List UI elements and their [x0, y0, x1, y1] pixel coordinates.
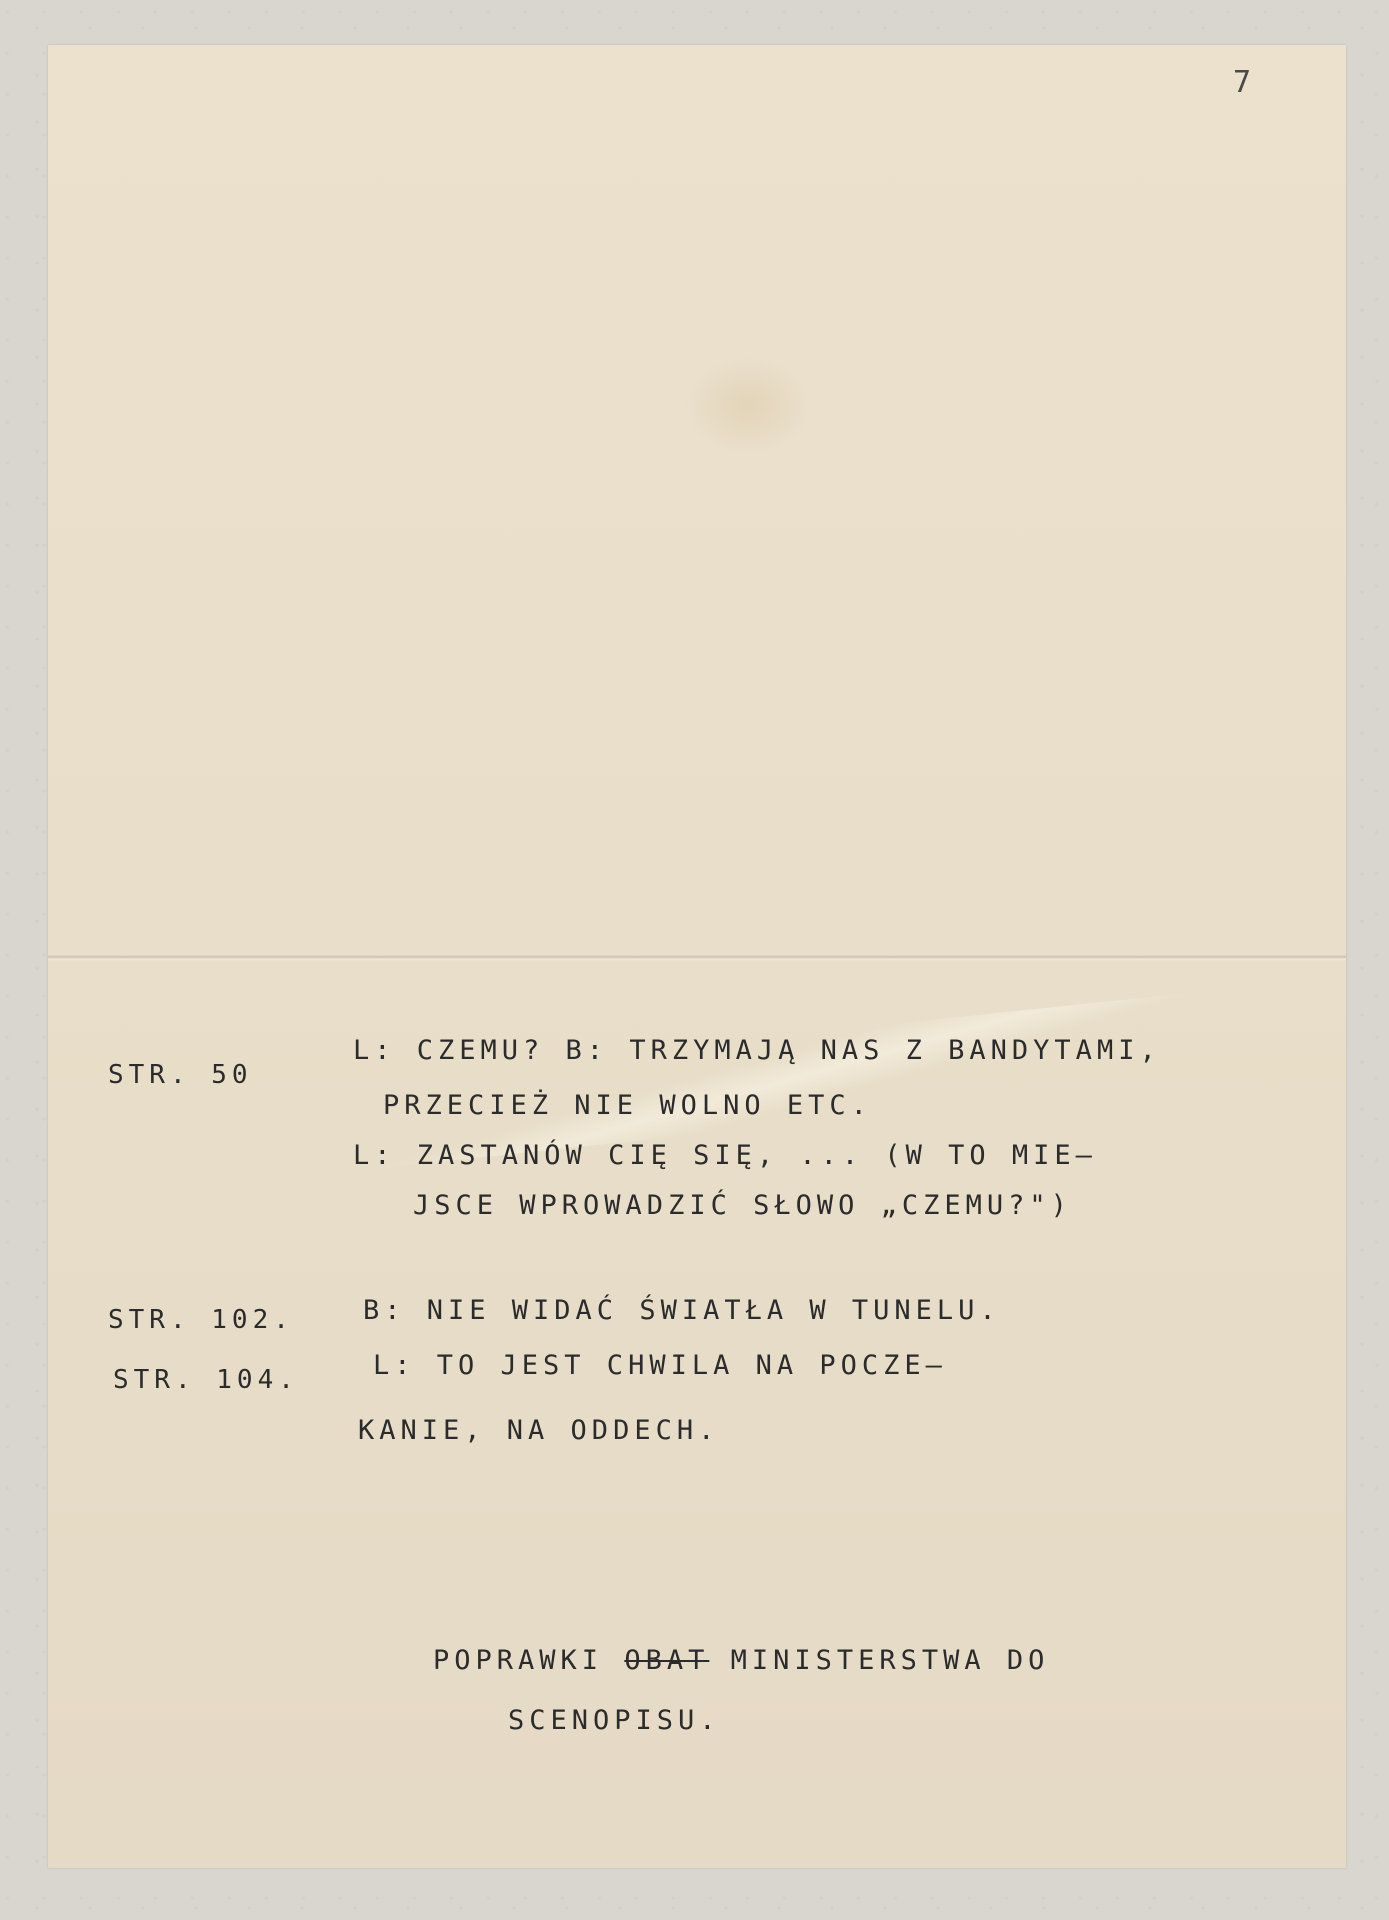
page-number: 7 [1233, 65, 1251, 100]
footer-note-line-1: POPRAWKI OBAT MINISTERSTWA DO [433, 1645, 1049, 1676]
struck-out-word: OBAT [624, 1645, 709, 1676]
fold-line [48, 955, 1346, 961]
footer-word: MINISTERSTWA DO [731, 1645, 1050, 1676]
entry-ref-str-104: STR. 104. [113, 1365, 299, 1395]
entry-line: KANIE, NA ODDECH. [358, 1415, 719, 1446]
entry-line: L: TO JEST CHWILA NA POCZE– [373, 1350, 947, 1381]
entry-line: PRZECIEŻ NIE WOLNO ETC. [383, 1090, 872, 1121]
entry-ref-str-102: STR. 102. [108, 1305, 294, 1335]
footer-word: POPRAWKI [433, 1645, 603, 1676]
paper-sheet: 7 STR. 50 L: CZEMU? B: TRZYMAJĄ NAS Z BA… [48, 45, 1346, 1868]
entry-line: L: CZEMU? B: TRZYMAJĄ NAS Z BANDYTAMI, [353, 1035, 1161, 1066]
entry-line: L: ZASTANÓW CIĘ SIĘ, ... (W TO MIE– [353, 1140, 1097, 1171]
entry-line: B: NIE WIDAĆ ŚWIATŁA W TUNELU. [363, 1295, 1001, 1326]
footer-note-line-2: SCENOPISU. [508, 1705, 721, 1736]
entry-line: JSCE WPROWADZIĆ SŁOWO „CZEMU?") [413, 1190, 1072, 1221]
entry-ref-str-50: STR. 50 [108, 1060, 253, 1090]
